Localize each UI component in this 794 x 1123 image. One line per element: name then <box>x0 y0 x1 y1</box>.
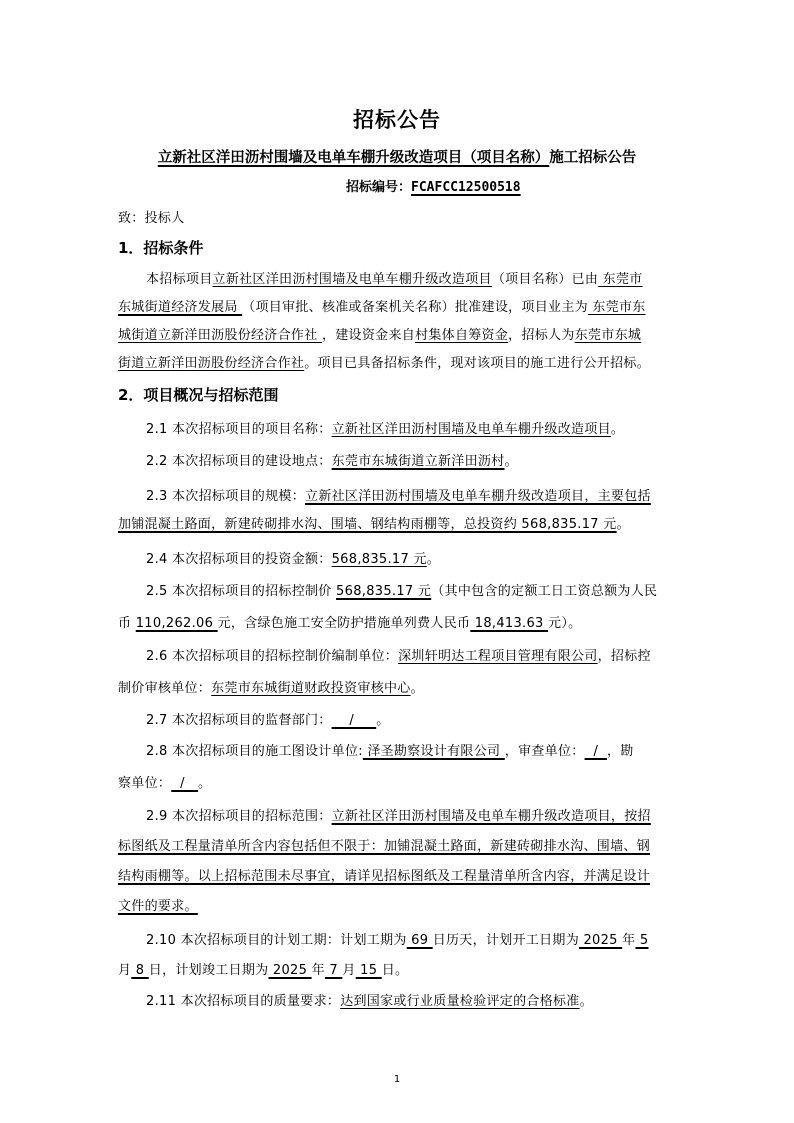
value: 立新社区洋田沥村围墙及电单车棚升级改造项目 <box>332 422 611 437</box>
text: （其中包含的定额工日工资总额为人民 <box>431 584 657 599</box>
value: 达到国家或行业质量检验评定的合格标准 <box>340 994 579 1009</box>
text: ，计划竣工日期为 <box>162 963 268 978</box>
finish-month: 7 <box>325 963 342 978</box>
label: 2.10 本次招标项目的计划工期：计划工期为 <box>146 933 407 948</box>
value: 泽圣勘察设计有限公司 <box>363 744 505 759</box>
tenderer: 街道立新洋田沥股份经济合作社 <box>118 356 304 371</box>
item-2-10-cont: 月 8 日，计划竣工日期为 2025 年 7 月 15 日。 <box>118 959 678 978</box>
item-2-9-line-2: 标图纸及工程量清单所含内容包括但不限于：加铺混凝土路面，新建砖砌排水沟、围墙、钢 <box>118 835 678 854</box>
label: 2.6 本次招标项目的招标控制价编制单位： <box>146 649 398 664</box>
text: 元，含绿色施工安全防护措施单列费人民币 <box>218 616 471 631</box>
item-2-3-cont: 加铺混凝土路面，新建砖砌排水沟、围墙、钢结构雨棚等，总投资约 568,835.1… <box>118 513 678 532</box>
item-2-3: 2.3 本次招标项目的规模：立新社区洋田沥村围墙及电单车棚升级改造项目，主要包括 <box>146 485 706 504</box>
bid-number-row: 招标编号：FCAFCC12500518 <box>346 176 521 195</box>
text: 。 <box>411 681 424 696</box>
label: 2.3 本次招标项目的规模： <box>146 489 305 504</box>
value: 东莞市东城街道立新洋田沥村 <box>332 454 505 469</box>
start-month: 5 <box>635 933 648 948</box>
text: 。 <box>198 776 211 791</box>
label: ，审查单位： <box>505 744 585 759</box>
item-2-4: 2.4 本次招标项目的投资金额：568,835.17 元。 <box>146 548 706 567</box>
text: （项目审批、核准或备案机关名称）批准建设，项目业主为 <box>242 300 588 315</box>
section-heading-2: 2．项目概况与招标范围 <box>118 384 278 405</box>
para-1-line-2: 东城街道经济发展局 （项目审批、核准或备案机关名称）批准建设，项目业主为 东莞市… <box>118 296 678 315</box>
approval-authority: 东城街道经济发展局 <box>118 300 242 315</box>
text: 。 <box>395 963 408 978</box>
tenderer: 东莞市东城 <box>575 328 642 343</box>
text: 。 <box>611 422 624 437</box>
item-2-10: 2.10 本次招标项目的计划工期：计划工期为 69 日历天，计划开工日期为 20… <box>146 929 706 948</box>
project-name: 立新社区洋田沥村围墙及电单车棚升级改造项目（项目名称） <box>158 150 550 166</box>
value: 立新社区洋田沥村围墙及电单车棚升级改造项目，按招 <box>332 809 651 824</box>
text: 。 <box>617 517 630 532</box>
para-1-line-1: 本招标项目立新社区洋田沥村围墙及电单车棚升级改造项目（项目名称）已由 东莞市 <box>146 268 676 287</box>
item-2-9-line-4: 文件的要求。 <box>118 895 678 914</box>
item-2-11: 2.11 本次招标项目的质量要求：达到国家或行业质量检验评定的合格标准。 <box>146 990 706 1009</box>
text: 日 <box>149 963 162 978</box>
text: 日历天，计划开工日期为 <box>433 933 579 948</box>
project-name-ref: 立新社区洋田沥村围墙及电单车棚升级改造项目 <box>213 272 492 287</box>
page-number: 1 <box>0 1074 794 1085</box>
duration: 69 <box>407 933 433 948</box>
value: 110,262.06 <box>136 616 218 631</box>
label: 2.4 本次招标项目的投资金额： <box>146 552 332 567</box>
subtitle-suffix: 施工招标公告 <box>549 150 636 166</box>
section-heading-1: 1．招标条件 <box>118 237 203 258</box>
value: 东莞市东城街道财政投资审核中心 <box>211 681 411 696</box>
item-2-5-cont: 币 110,262.06 元，含绿色施工安全防护措施单列费人民币 18,413.… <box>118 612 678 631</box>
para-1-line-4: 街道立新洋田沥股份经济合作社。项目已具备招标条件，现对该项目的施工进行公开招标。 <box>118 352 678 371</box>
text: 月 <box>342 963 355 978</box>
document-subtitle: 立新社区洋田沥村围墙及电单车棚升级改造项目（项目名称）施工招标公告 <box>0 146 794 167</box>
start-day: 8 <box>131 963 148 978</box>
text: ，建设资金来自 <box>322 328 415 343</box>
label: 2.2 本次招标项目的建设地点： <box>146 454 332 469</box>
label: 2.9 本次招标项目的招标范围： <box>146 809 332 824</box>
text: 本招标项目 <box>146 272 213 287</box>
text: 。 <box>580 994 593 1009</box>
project-owner: 东莞市东 <box>588 300 646 315</box>
item-2-6: 2.6 本次招标项目的招标控制价编制单位：深圳轩明达工程项目管理有限公司，招标控 <box>146 645 706 664</box>
value: / <box>332 713 377 728</box>
value: 568,835.17 元 <box>332 552 427 567</box>
value: 标图纸及工程量清单所含内容包括但不限于：加铺混凝土路面，新建砖砌排水沟、围墙、钢 <box>118 839 650 854</box>
item-2-7: 2.7 本次招标项目的监督部门： / 。 <box>146 709 706 728</box>
item-2-2: 2.2 本次招标项目的建设地点：东莞市东城街道立新洋田沥村。 <box>146 450 706 469</box>
text: 。项目已具备招标条件，现对该项目的施工进行公开招标。 <box>304 356 650 371</box>
label: 制价审核单位： <box>118 681 211 696</box>
text: ，招标控 <box>598 649 651 664</box>
item-2-8-cont: 察单位： / 。 <box>118 772 678 791</box>
value: 加铺混凝土路面，新建砖砌排水沟、围墙、钢结构雨棚等，总投资约 568,835.1… <box>118 517 617 532</box>
text: （项目名称）已由 <box>492 272 598 287</box>
start-year: 2025 <box>579 933 622 948</box>
item-2-8: 2.8 本次招标项目的施工图设计单位: 泽圣勘察设计有限公司 ，审查单位： / … <box>146 740 706 759</box>
item-2-5: 2.5 本次招标项目的招标控制价 568,835.17 元（其中包含的定额工日工… <box>146 580 706 599</box>
text: 年 <box>622 933 635 948</box>
text: 。 <box>376 713 389 728</box>
label: 2.7 本次招标项目的监督部门： <box>146 713 332 728</box>
text: 年 <box>312 963 325 978</box>
item-2-1: 2.1 本次招标项目的项目名称：立新社区洋田沥村围墙及电单车棚升级改造项目。 <box>146 418 706 437</box>
bid-number: FCAFCC12500518 <box>411 180 521 195</box>
value: 568,835.17 元 <box>336 584 431 599</box>
fund-source: 村集体自筹资金 <box>415 328 508 343</box>
addressee: 致：投标人 <box>118 207 678 226</box>
value: 深圳轩明达工程项目管理有限公司 <box>398 649 598 664</box>
label: ，勘 <box>607 744 634 759</box>
value: / <box>585 744 607 759</box>
item-2-9: 2.9 本次招标项目的招标范围：立新社区洋田沥村围墙及电单车棚升级改造项目，按招 <box>146 805 706 824</box>
text: ，招标人为 <box>508 328 575 343</box>
item-2-9-line-3: 结构雨棚等。以上招标范围未尽事宜，请详见招标图纸及工程量清单所含内容，并满足设计 <box>118 865 678 884</box>
project-owner: 城街道立新洋田沥股份经济合作社 <box>118 328 322 343</box>
value: 立新社区洋田沥村围墙及电单车棚升级改造项目，主要包括 <box>305 489 651 504</box>
finish-year: 2025 <box>268 963 311 978</box>
label: 察单位： <box>118 776 171 791</box>
page-title: 招标公告 <box>0 104 794 134</box>
label: 2.11 本次招标项目的质量要求： <box>146 994 340 1009</box>
label: 2.1 本次招标项目的项目名称： <box>146 422 332 437</box>
bid-number-label: 招标编号： <box>346 180 411 195</box>
text: 元）。 <box>548 616 581 631</box>
text: 。 <box>505 454 518 469</box>
value: 18,413.63 <box>470 616 548 631</box>
item-2-6-cont: 制价审核单位：东莞市东城街道财政投资审核中心。 <box>118 677 678 696</box>
text: 月 <box>118 963 131 978</box>
finish-day: 15 <box>356 963 382 978</box>
value: / <box>171 776 198 791</box>
text: 。 <box>427 552 440 567</box>
value: 文件的要求。 <box>118 899 198 914</box>
para-1-line-3: 城街道立新洋田沥股份经济合作社 ，建设资金来自村集体自筹资金，招标人为东莞市东城 <box>118 324 678 343</box>
text: 币 <box>118 616 136 631</box>
value: 结构雨棚等。以上招标范围未尽事宜，请详见招标图纸及工程量清单所含内容，并满足设计 <box>118 869 650 884</box>
text: 日 <box>382 963 395 978</box>
label: 2.5 本次招标项目的招标控制价 <box>146 584 336 599</box>
document-page: 招标公告 立新社区洋田沥村围墙及电单车棚升级改造项目（项目名称）施工招标公告 招… <box>0 0 794 1123</box>
label: 2.8 本次招标项目的施工图设计单位: <box>146 744 363 759</box>
approval-authority: 东莞市 <box>598 272 642 287</box>
